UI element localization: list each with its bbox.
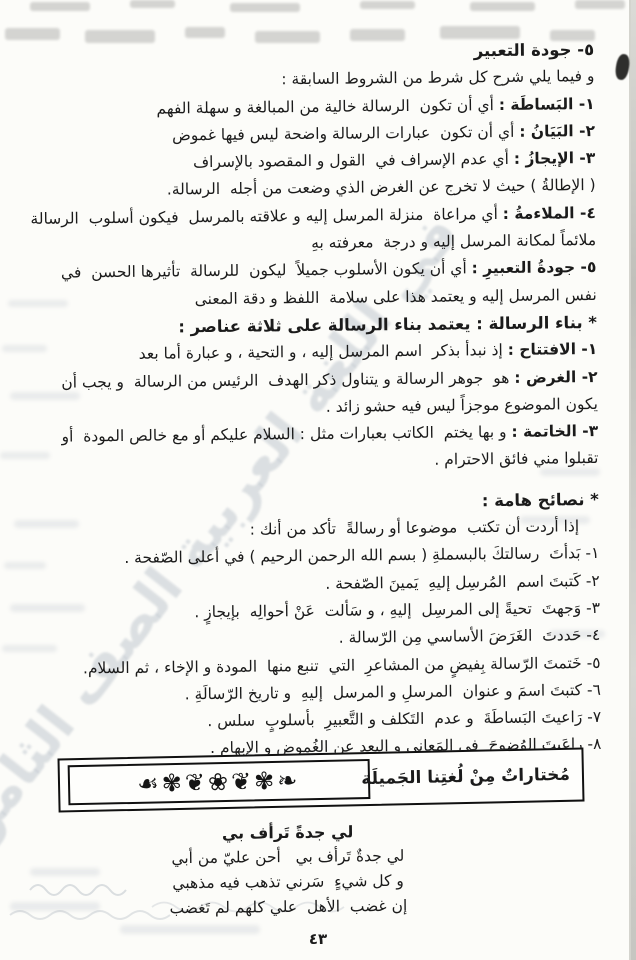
item-text: أي مراعاة منزلة المرسل إليه و علاقته بال… [30,205,502,228]
scan-blotch [575,0,625,9]
selections-frame: ☙✾❦❀❦✾❧ مُختاراتٌ مِنْ لُغتِنا الجَميلَة [57,747,584,812]
item-text: ( الإطالةُ ) حيث لا تخرج عن الغرض الذي و… [167,176,596,198]
scanned-book-page: في اللغة العربية الصف الثامن ٥- جودة الت… [0,0,636,960]
item-term: ٤- الملاءمةُ : [503,204,596,223]
item-text: أي أن تكون الرسالة خالية من المبالغة و س… [156,96,498,118]
page-text: ٥- جودة التعبير و فيما يلي شرح كل شرط من… [34,36,602,765]
scan-blotch [470,2,535,11]
page-number: ٤٣ [0,930,636,948]
scan-blotch [185,27,225,38]
scan-blotch [30,2,90,11]
item-text: أي أن تكون عبارات الرسالة واضحة ليس فيها… [172,123,519,145]
item-text: أي عدم الإسراف في القول و المقصود بالإسر… [193,150,514,171]
item-term: ١- الافتتاح : [508,340,598,359]
scan-blotch [360,1,415,9]
poem: لي جدةً تَرأف بي لي جدةٌ تَرأف بي أحن عل… [0,817,577,923]
item-text: تقبلوا مني فائق الاحترام . [434,449,598,469]
item-term: ١- البَساطَة : [499,95,595,114]
item-term: ٣- الخاتمة : [511,422,598,441]
item-text: ملائماً لمكانة المرسل إليه و درجة معرفته… [311,231,596,252]
item-term: ٣- الإيجازُ : [514,149,596,168]
list-item-continuation: تقبلوا مني فائق الاحترام . [38,445,598,478]
page-edge-line [629,0,631,960]
item-text: يكون الموضوع موجزاً ليس فيه حشو زائد . [326,395,598,416]
item-text: أي أن يكون الأسلوب جميلاً ليكون للرسالة … [61,260,472,282]
scan-blotch [5,28,60,40]
scan-blotch [230,3,300,12]
scan-blotch [130,0,175,8]
item-text: إذ نبدأ بذكر اسم المرسل إليه ، و التحية … [139,341,508,363]
item-term: ٢- الغرض : [514,368,597,387]
item-term: ٢- البَيَانُ : [519,122,595,141]
floral-ornament-icon: ☙✾❦❀❦✾❧ [137,768,301,795]
page-edge-shadow [631,0,636,960]
item-text: نفس المرسل إليه و يعتمد هذا على سلامة ال… [195,286,597,308]
poem-line: إن غضب الأهل علي كلهم لم تَغضب [0,892,576,923]
item-text: هو جوهر الرسالة و يتناول ذكر الهدف الرئي… [61,368,514,391]
item-term: ٥- جودةُ التعبيرِ : [472,258,597,277]
selections-title: مُختاراتٌ مِنْ لُغتِنا الجَميلَة [361,765,570,789]
item-text: و بها يختم الكاتب بعبارات مثل : السلام ع… [61,423,511,446]
ornament-box: ☙✾❦❀❦✾❧ [68,759,370,805]
